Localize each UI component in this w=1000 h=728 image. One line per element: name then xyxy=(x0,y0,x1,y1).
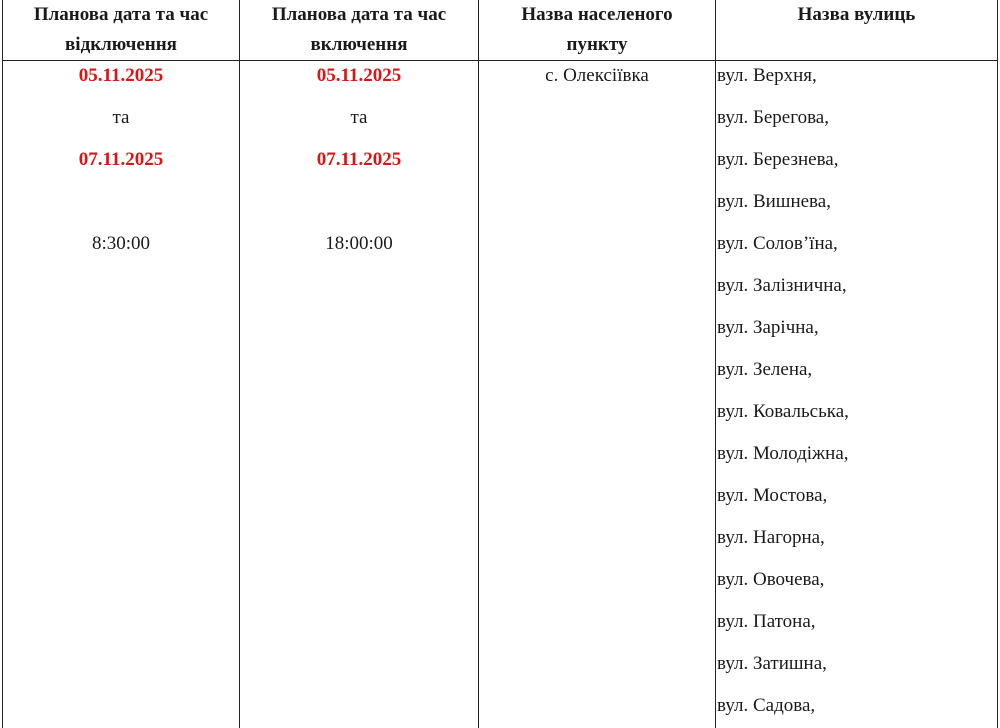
street-item: вул. Нагорна, xyxy=(716,523,997,565)
street-item: вул. Овочева, xyxy=(716,565,997,607)
header-on-datetime: Планова дата та час включення xyxy=(240,0,478,60)
street-item: вул. Ковальська, xyxy=(716,397,997,439)
street-item: вул. Зарічна, xyxy=(716,313,997,355)
on-date-end: 07.11.2025 xyxy=(240,145,478,187)
column-divider xyxy=(478,0,479,728)
street-item: вул. Затишна, xyxy=(716,649,997,691)
street-item: вул. Вишнева, xyxy=(716,187,997,229)
street-item: вул. Зелена, xyxy=(716,355,997,397)
spacer xyxy=(3,187,239,229)
street-item: вул. Верхня, xyxy=(716,61,997,103)
street-item: вул. Молодіжна, xyxy=(716,439,997,481)
on-datetime-cell: 05.11.2025 та 07.11.2025 18:00:00 xyxy=(240,61,478,271)
header-settlement: Назва населеного пункту xyxy=(479,0,715,60)
on-connector: та xyxy=(240,103,478,145)
settlement-cell: с. Олексіївка xyxy=(479,61,715,103)
off-date-start: 05.11.2025 xyxy=(3,61,239,103)
on-date-start: 05.11.2025 xyxy=(240,61,478,103)
spacer xyxy=(240,187,478,229)
street-item: вул. Березнева, xyxy=(716,145,997,187)
street-item: вул. Мостова, xyxy=(716,481,997,523)
on-time: 18:00:00 xyxy=(240,229,478,271)
street-item: вул. Патона, xyxy=(716,607,997,649)
off-date-end: 07.11.2025 xyxy=(3,145,239,187)
off-datetime-cell: 05.11.2025 та 07.11.2025 8:30:00 xyxy=(3,61,239,271)
outage-schedule-table: Планова дата та час відключення Планова … xyxy=(0,0,1000,728)
off-connector: та xyxy=(3,103,239,145)
street-item: вул. Солов’їна, xyxy=(716,229,997,271)
street-item: вул. Берегова, xyxy=(716,103,997,145)
table-border-right xyxy=(997,0,998,728)
settlement-name: с. Олексіївка xyxy=(479,61,715,103)
header-streets: Назва вулиць xyxy=(716,0,997,60)
off-time: 8:30:00 xyxy=(3,229,239,271)
street-item: вул. Садова, xyxy=(716,691,997,728)
street-item: вул. Залізнична, xyxy=(716,271,997,313)
streets-cell: вул. Верхня,вул. Берегова,вул. Березнева… xyxy=(716,61,997,728)
header-off-datetime: Планова дата та час відключення xyxy=(3,0,239,60)
